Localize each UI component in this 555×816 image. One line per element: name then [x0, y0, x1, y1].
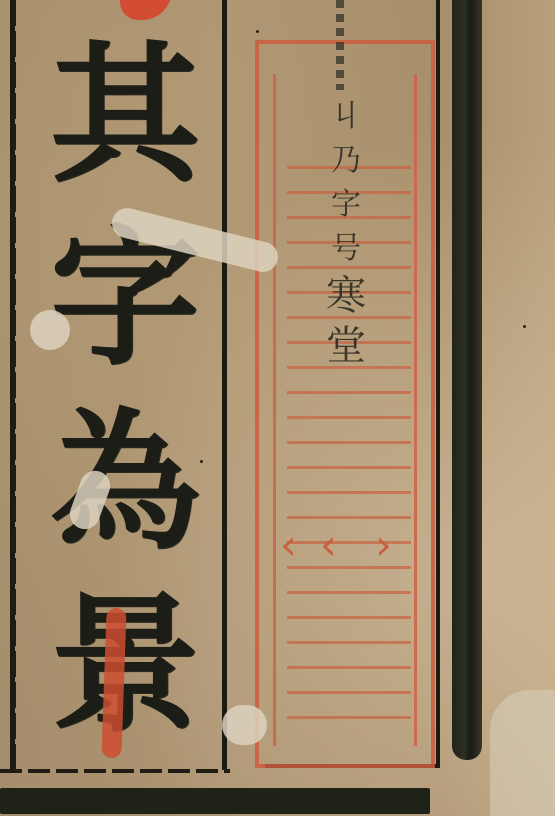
- paper-tear-4: [222, 705, 267, 745]
- annotation-char-4: 号: [331, 227, 361, 271]
- annotation-char-2: 乃: [331, 139, 361, 183]
- character-4: 景: [30, 580, 220, 750]
- woodblock-page: 其 字 為 景 ‹ ‹ › 丩 乃 字 号 寒 堂: [0, 0, 555, 816]
- red-ink-mark: [120, 0, 172, 20]
- faded-ink-trace: [336, 0, 344, 90]
- bottom-thick-border: [0, 788, 430, 814]
- annotation-char-3: 字: [331, 183, 361, 227]
- ink-speck: [200, 460, 203, 463]
- seal-right-line: [436, 0, 440, 768]
- annotation-column: 丩 乃 字 号 寒 堂: [316, 95, 376, 371]
- paper-tear-2: [30, 310, 70, 350]
- right-thick-border: [452, 0, 482, 760]
- annotation-char-5: 寒: [326, 271, 366, 321]
- column-divider-line: [222, 0, 227, 770]
- seal-glyph-2: ‹: [320, 520, 337, 569]
- annotation-char-1: 丩: [331, 95, 361, 139]
- seal-glyph-1: ‹: [280, 520, 297, 569]
- seal-glyph-3: ›: [375, 520, 392, 569]
- bottom-dashed-rule: [0, 769, 230, 773]
- ink-speck: [256, 30, 259, 33]
- ink-speck: [523, 325, 526, 328]
- annotation-char-6: 堂: [326, 321, 366, 371]
- character-1: 其: [30, 30, 220, 200]
- paper-tear-5: [490, 690, 555, 816]
- character-3: 為: [30, 397, 220, 567]
- left-dashed-rule: [12, 0, 16, 770]
- seal-glyph-group: ‹ ‹ ›: [280, 520, 420, 690]
